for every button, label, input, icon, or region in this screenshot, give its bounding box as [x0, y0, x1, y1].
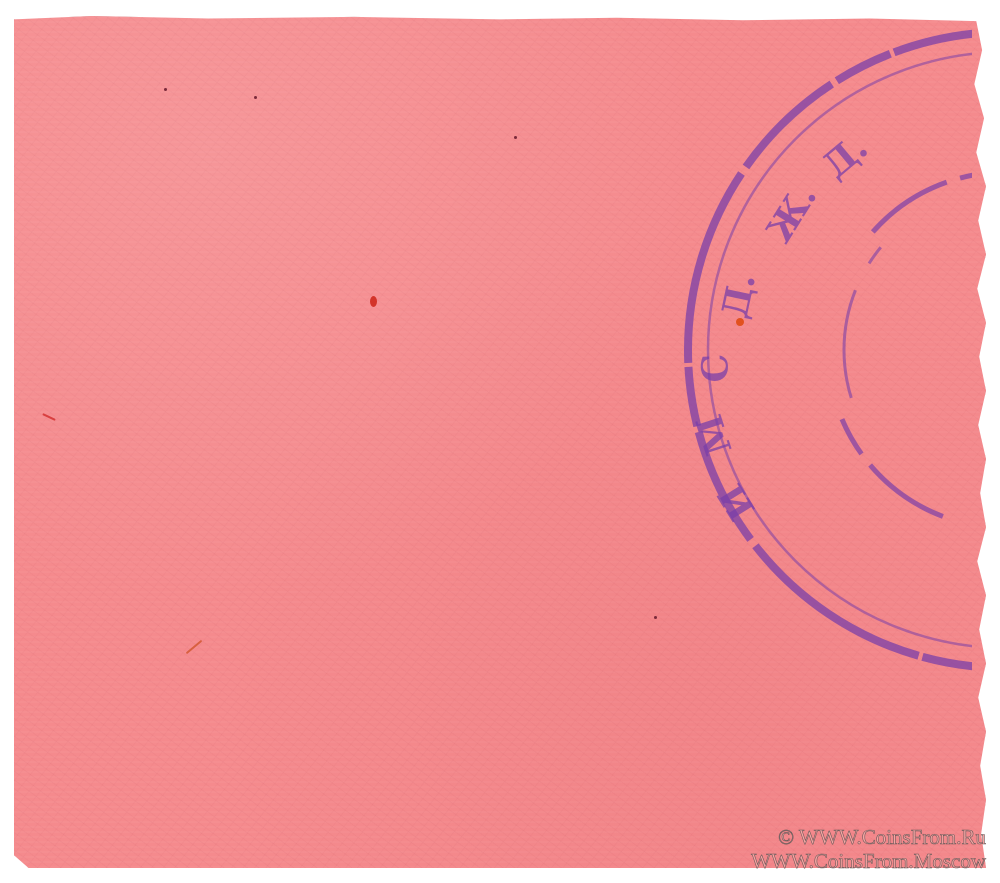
watermark-line-1: © WWW.CoinsFrom.Ru [751, 825, 986, 849]
watermark: © WWW.CoinsFrom.Ru WWW.CoinsFrom.Moscow [751, 825, 986, 873]
watermark-line-2: WWW.CoinsFrom.Moscow [751, 849, 986, 873]
svg-text:М: М [688, 409, 740, 460]
svg-text:С: С [694, 353, 737, 383]
svg-text:Ж.: Ж. [758, 177, 825, 250]
stamp-rings-icon: Д. Ж. Д. С М И [686, 30, 986, 670]
ink-stamp: Д. Ж. Д. С М И [686, 30, 986, 670]
svg-text:Д.: Д. [815, 126, 876, 187]
svg-text:Д.: Д. [714, 270, 764, 322]
stamp-clip: Д. Ж. Д. С М И [0, 0, 986, 883]
svg-text:И: И [710, 476, 764, 527]
